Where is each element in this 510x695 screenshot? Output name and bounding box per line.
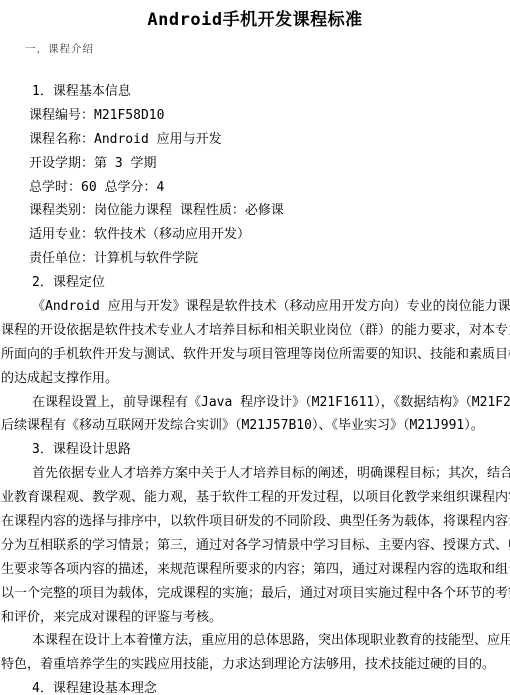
doc-line: 2．课程定位 (0, 271, 510, 295)
doc-line: 以一个完整的项目为载体，完成课程的实施；最后，通过对项目实施过程中各个环节的考察 (0, 582, 510, 606)
doc-line: 首先依据专业人才培养方案中关于人才培养目标的阐述，明确课程目标；其次，结合职 (0, 462, 510, 486)
doc-line: 在课程设置上，前导课程有《Java 程序设计》（M21F1611），《数据结构》… (0, 391, 510, 415)
doc-line: 开设学期：第 3 学期 (0, 152, 510, 176)
doc-line: 总学时：60 总学分：4 (0, 176, 510, 200)
doc-line: 生要求等各项内容的描述，来规范课程所要求的内容；第四，通过对课程内容的选取和组合… (0, 558, 510, 582)
document-body: 1．课程基本信息课程编号：M21F58D10课程名称：Android 应用与开发… (0, 80, 510, 695)
doc-line: 在课程内容的选择与排序中，以软件项目研发的不同阶段、典型任务为载体，将课程内容划 (0, 510, 510, 534)
doc-line: 1．课程基本信息 (0, 80, 510, 104)
doc-line: 《Android 应用与开发》课程是软件技术（移动应用开发方向）专业的岗位能力课… (0, 295, 510, 319)
doc-line: 课程类别：岗位能力课程 课程性质：必修课 (0, 199, 510, 223)
doc-line: 的达成起支撑作用。 (0, 367, 510, 391)
doc-line: 特色，着重培养学生的实践应用技能，力求达到理论方法够用，技术技能过硬的目的。 (0, 653, 510, 677)
doc-line: 适用专业：软件技术（移动应用开发） (0, 223, 510, 247)
doc-line: 分为互相联系的学习情景；第三，通过对各学习情景中学习目标、主要内容、授课方式、师 (0, 534, 510, 558)
doc-line: 后续课程有《移动互联网开发综合实训》（M21J57B10）、《毕业实习》（M21… (0, 414, 510, 438)
doc-line: 课程编号：M21F58D10 (0, 104, 510, 128)
doc-line: 责任单位：计算机与软件学院 (0, 247, 510, 271)
doc-line: 4．课程建设基本理念 (0, 677, 510, 695)
doc-line: 3．课程设计思路 (0, 438, 510, 462)
doc-line: 课程名称：Android 应用与开发 (0, 128, 510, 152)
doc-line: 和评价，来完成对课程的评鉴与考核。 (0, 606, 510, 630)
doc-line: 所面向的手机软件开发与测试、软件开发与项目管理等岗位所需要的知识、技能和素质目标 (0, 343, 510, 367)
doc-line: 课程的开设依据是软件技术专业人才培养目标和相关职业岗位（群）的能力要求，对本专业 (0, 319, 510, 343)
document-title: Android手机开发课程标准 (0, 5, 510, 30)
intro-section-label: 一，课程介绍 (25, 41, 94, 56)
doc-line: 本课程在设计上本着懂方法，重应用的总体思路，突出体现职业教育的技能型、应用性 (0, 629, 510, 653)
doc-line: 业教育课程观、教学观、能力观，基于软件工程的开发过程，以项目化教学来组织课程内容… (0, 486, 510, 510)
document-page: Android手机开发课程标准 一，课程介绍 1．课程基本信息课程编号：M21F… (0, 0, 510, 695)
